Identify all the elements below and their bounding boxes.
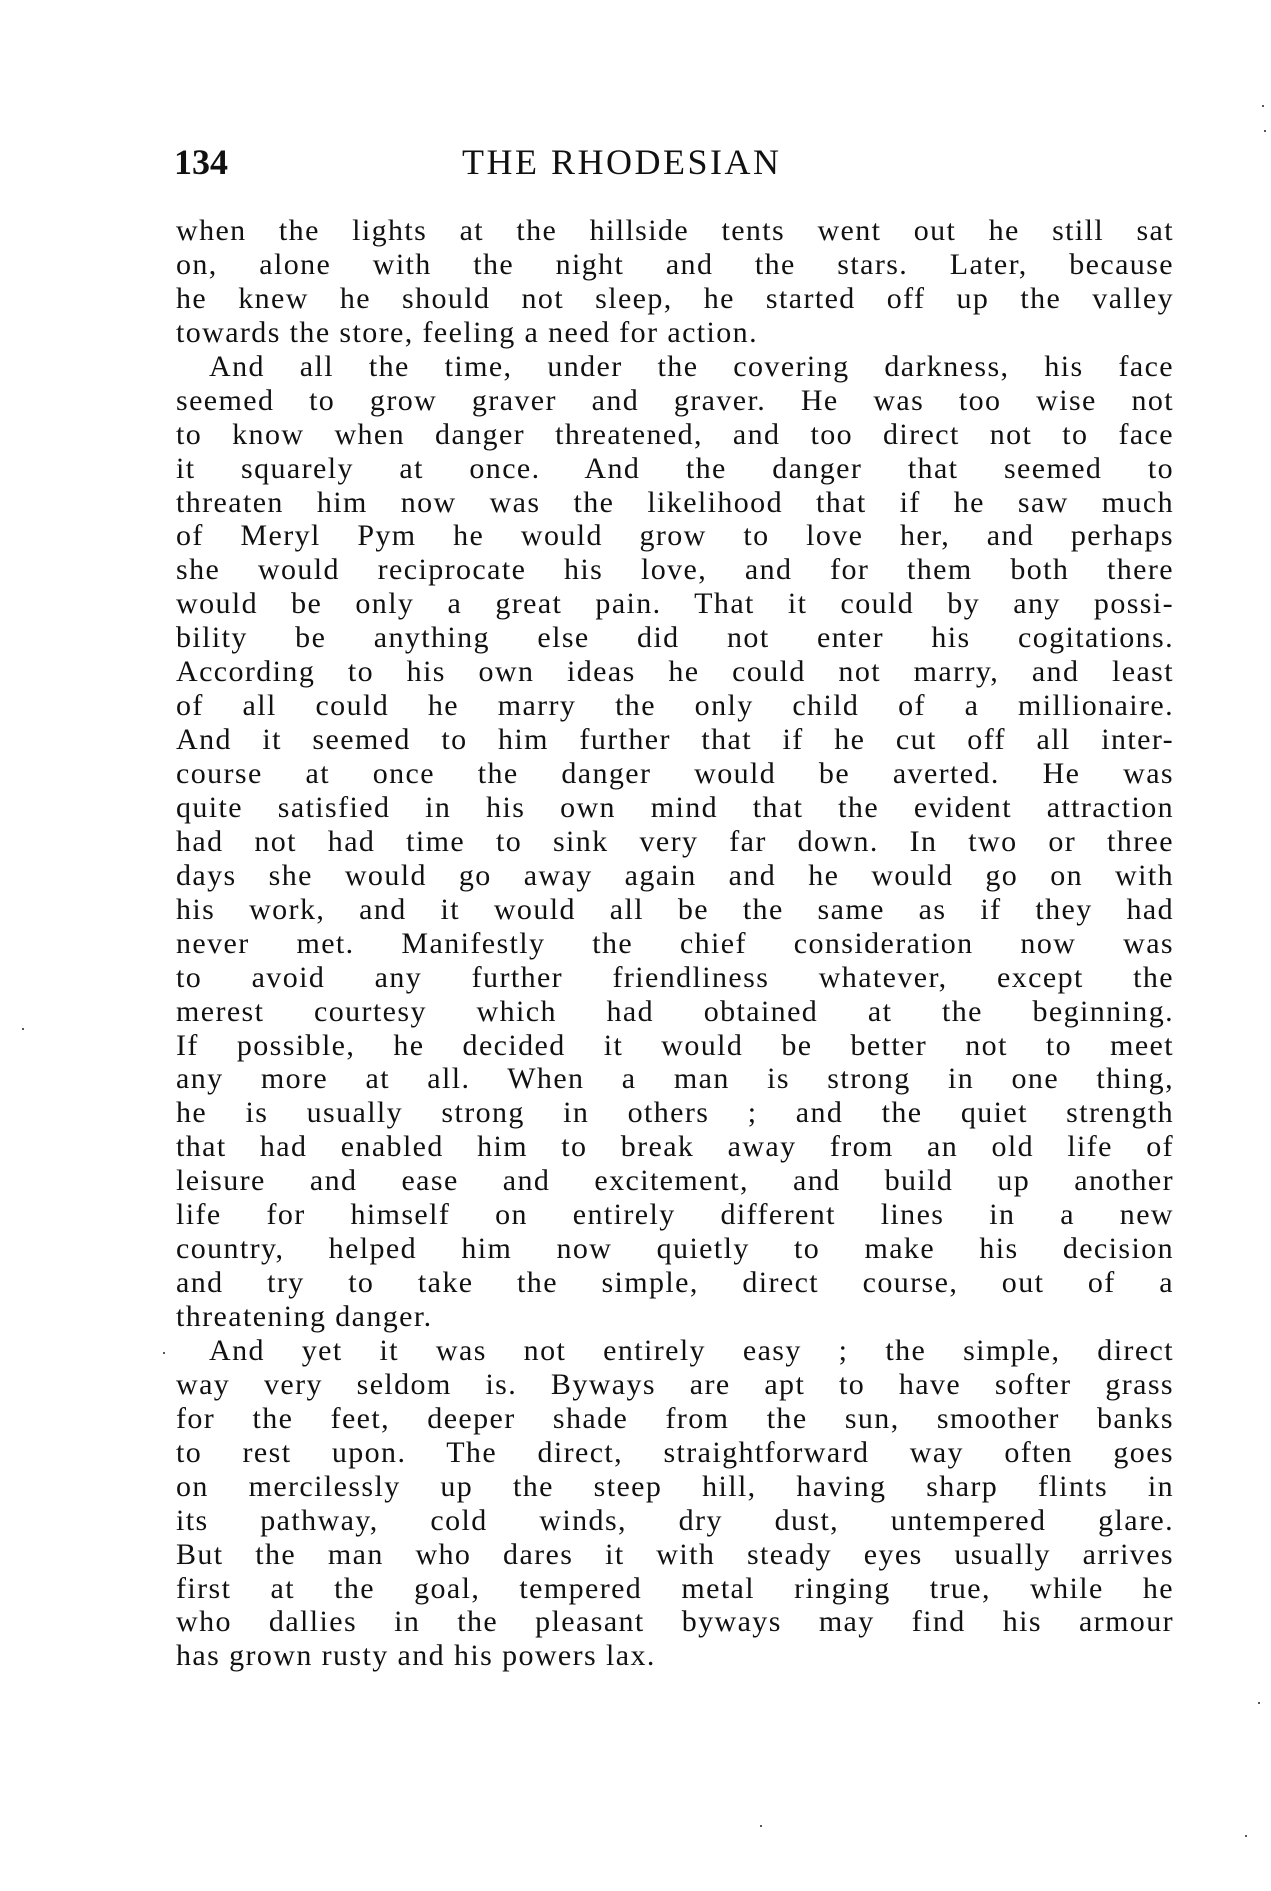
- text-line: And yet it was not entirely easy ; the s…: [176, 1334, 1174, 1368]
- text-line: of all could he marry the only child of …: [176, 689, 1174, 723]
- text-line: And all the time, under the covering dar…: [176, 350, 1174, 384]
- text-line: seemed to grow graver and graver. He was…: [176, 384, 1174, 418]
- text-line: any more at all. When a man is strong in…: [176, 1062, 1174, 1096]
- scan-speck: [22, 1028, 24, 1030]
- text-line: never met. Manifestly the chief consider…: [176, 927, 1174, 961]
- body-text: when the lights at the hillside tents we…: [176, 214, 1174, 1673]
- text-line: And it seemed to him further that if he …: [176, 723, 1174, 757]
- text-line: threatening danger.: [176, 1300, 1174, 1334]
- text-line: his work, and it would all be the same a…: [176, 893, 1174, 927]
- text-line: to know when danger threatened, and too …: [176, 418, 1174, 452]
- text-line: leisure and ease and excitement, and bui…: [176, 1164, 1174, 1198]
- paragraph: when the lights at the hillside tents we…: [176, 214, 1174, 350]
- text-line: If possible, he decided it would be bett…: [176, 1029, 1174, 1063]
- text-line: towards the store, feeling a need for ac…: [176, 316, 1174, 350]
- running-head: 134 THE RHODESIAN: [174, 140, 1174, 184]
- scan-speck: [1264, 130, 1266, 132]
- text-line: merest courtesy which had obtained at th…: [176, 995, 1174, 1029]
- text-line: would be only a great pain. That it coul…: [176, 587, 1174, 621]
- text-line: country, helped him now quietly to make …: [176, 1232, 1174, 1266]
- page-number: 134: [174, 140, 228, 184]
- running-title: THE RHODESIAN: [462, 140, 781, 184]
- text-line: way very seldom is. Byways are apt to ha…: [176, 1368, 1174, 1402]
- text-line: According to his own ideas he could not …: [176, 655, 1174, 689]
- text-line: on mercilessly up the steep hill, having…: [176, 1470, 1174, 1504]
- book-page: 134 THE RHODESIAN when the lights at the…: [0, 0, 1271, 1891]
- text-line: to avoid any further friendliness whatev…: [176, 961, 1174, 995]
- text-line: on, alone with the night and the stars. …: [176, 248, 1174, 282]
- scan-speck: [1258, 1702, 1260, 1704]
- paragraph: And all the time, under the covering dar…: [176, 350, 1174, 1334]
- scan-speck: [163, 1352, 165, 1354]
- text-line: when the lights at the hillside tents we…: [176, 214, 1174, 248]
- text-line: she would reciprocate his love, and for …: [176, 553, 1174, 587]
- paragraph: And yet it was not entirely easy ; the s…: [176, 1334, 1174, 1673]
- text-line: threaten him now was the likelihood that…: [176, 486, 1174, 520]
- scan-speck: [1245, 1835, 1247, 1837]
- scan-speck: [1262, 105, 1264, 107]
- text-line: of Meryl Pym he would grow to love her, …: [176, 519, 1174, 553]
- text-line: to rest upon. The direct, straightforwar…: [176, 1436, 1174, 1470]
- text-line: who dallies in the pleasant byways may f…: [176, 1605, 1174, 1639]
- text-line: bility be anything else did not enter hi…: [176, 621, 1174, 655]
- text-line: its pathway, cold winds, dry dust, untem…: [176, 1504, 1174, 1538]
- text-line: days she would go away again and he woul…: [176, 859, 1174, 893]
- text-line: that had enabled him to break away from …: [176, 1130, 1174, 1164]
- text-line: life for himself on entirely different l…: [176, 1198, 1174, 1232]
- text-line: has grown rusty and his powers lax.: [176, 1639, 1174, 1673]
- text-line: first at the goal, tempered metal ringin…: [176, 1572, 1174, 1606]
- text-line: he is usually strong in others ; and the…: [176, 1096, 1174, 1130]
- text-line: he knew he should not sleep, he started …: [176, 282, 1174, 316]
- text-line: course at once the danger would be avert…: [176, 757, 1174, 791]
- text-line: it squarely at once. And the danger that…: [176, 452, 1174, 486]
- text-line: for the feet, deeper shade from the sun,…: [176, 1402, 1174, 1436]
- text-line: had not had time to sink very far down. …: [176, 825, 1174, 859]
- text-line: But the man who dares it with steady eye…: [176, 1538, 1174, 1572]
- text-line: quite satisfied in his own mind that the…: [176, 791, 1174, 825]
- text-line: and try to take the simple, direct cours…: [176, 1266, 1174, 1300]
- scan-speck: [760, 1825, 762, 1827]
